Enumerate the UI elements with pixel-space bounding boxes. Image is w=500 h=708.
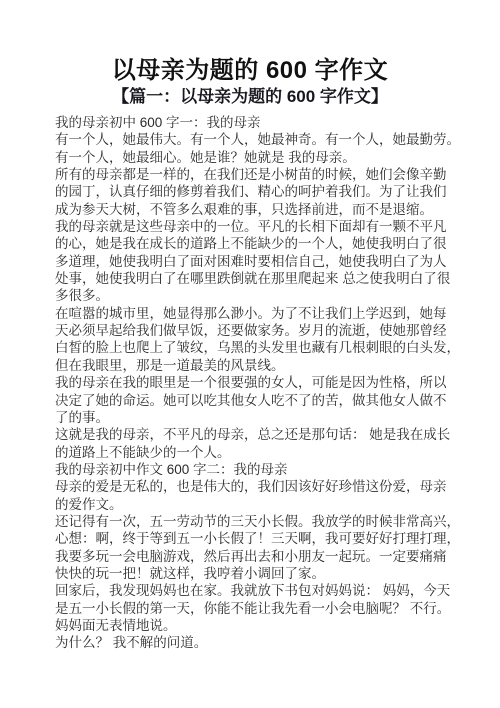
text-line: 我的母亲初中 600 字一：我的母亲 [55,114,447,131]
doc-title: 以母亲为题的 600 字作文 [0,56,500,86]
doc-subtitle: 【篇一：以母亲为题的 600 字作文】 [0,86,500,107]
text-line: 多很多。 [55,287,447,304]
text-line: 心想：啊，终于等到五一小长假了！三天啊，我可要好好打理打理， [55,530,447,547]
text-line: 是五一小长假的第一天，你能不能让我先看一小会电脑呢？ 不行。 [55,600,447,617]
text-line: 我的母亲就是这些母亲中的一位。平凡的长相下面却有一颗不平凡 [55,218,447,235]
text-line: 妈妈面无表情地说。 [55,617,447,634]
text-line: 天必须早起给我们做早饭，还要做家务。岁月的流逝，使她那曾经 [55,322,447,339]
text-line: 回家后，我发现妈妈也在家。我就放下书包对妈妈说： 妈妈，今天 [55,582,447,599]
text-line: 所有的母亲都是一样的，在我们还是小树苗的时候，她们会像辛勤 [55,166,447,183]
text-line: 多道理，她使我明白了面对困难时要相信自己，她使我明白了为人 [55,253,447,270]
text-line: 的道路上不能缺少的一个人。 [55,444,447,461]
text-line: 处事，她使我明白了在哪里跌倒就在那里爬起来 总之使我明白了很 [55,270,447,287]
text-line: 了的事。 [55,409,447,426]
text-line: 但在我眼里，那是一道最美的风景线。 [55,357,447,374]
text-line: 白皙的脸上也爬上了皱纹，乌黑的头发里也藏有几根刺眼的白头发， [55,339,447,356]
text-line: 快快的玩一把！就这样，我哼着小调回了家。 [55,565,447,582]
doc-body: 我的母亲初中 600 字一：我的母亲 有一个人，她最伟大。有一个人，她最神奇。有… [55,114,447,652]
text-line: 在喧嚣的城市里，她显得那么渺小。为了不让我们上学迟到，她每 [55,305,447,322]
text-line: 这就是我的母亲，不平凡的母亲，总之还是那句话： 她是我在成长 [55,426,447,443]
text-line: 有一个人，她最细心。她是谁？她就是 我的母亲。 [55,149,447,166]
text-line: 的心，她是我在成长的道路上不能缺少的一个人，她使我明白了很 [55,235,447,252]
text-line: 的爱作文。 [55,496,447,513]
text-line: 还记得有一次，五一劳动节的三天小长假。我放学的时候非常高兴， [55,513,447,530]
text-line: 成为参天大树，不管多么艰难的事，只选择前进，而不是退缩。 [55,201,447,218]
text-line: 有一个人，她最伟大。有一个人，她最神奇。有一个人，她最勤劳。 [55,131,447,148]
text-line: 为什么？ 我不解的问道。 [55,634,447,651]
text-line: 的园丁，认真仔细的修剪着我们、精心的呵护着我们。为了让我们 [55,183,447,200]
text-line: 我要多玩一会电脑游戏，然后再出去和小朋友一起玩。一定要痛痛 [55,548,447,565]
text-line: 我的母亲在我的眼里是一个很要强的女人，可能是因为性格，所以 [55,374,447,391]
document-page: 以母亲为题的 600 字作文 【篇一：以母亲为题的 600 字作文】 我的母亲初… [0,0,500,708]
text-line: 决定了她的命运。她可以吃其他女人吃不了的苦，做其他女人做不 [55,392,447,409]
text-line: 母亲的爱是无私的，也是伟大的，我们因该好好珍惜这份爱，母亲 [55,478,447,495]
text-line: 我的母亲初中作文 600 字二：我的母亲 [55,461,447,478]
